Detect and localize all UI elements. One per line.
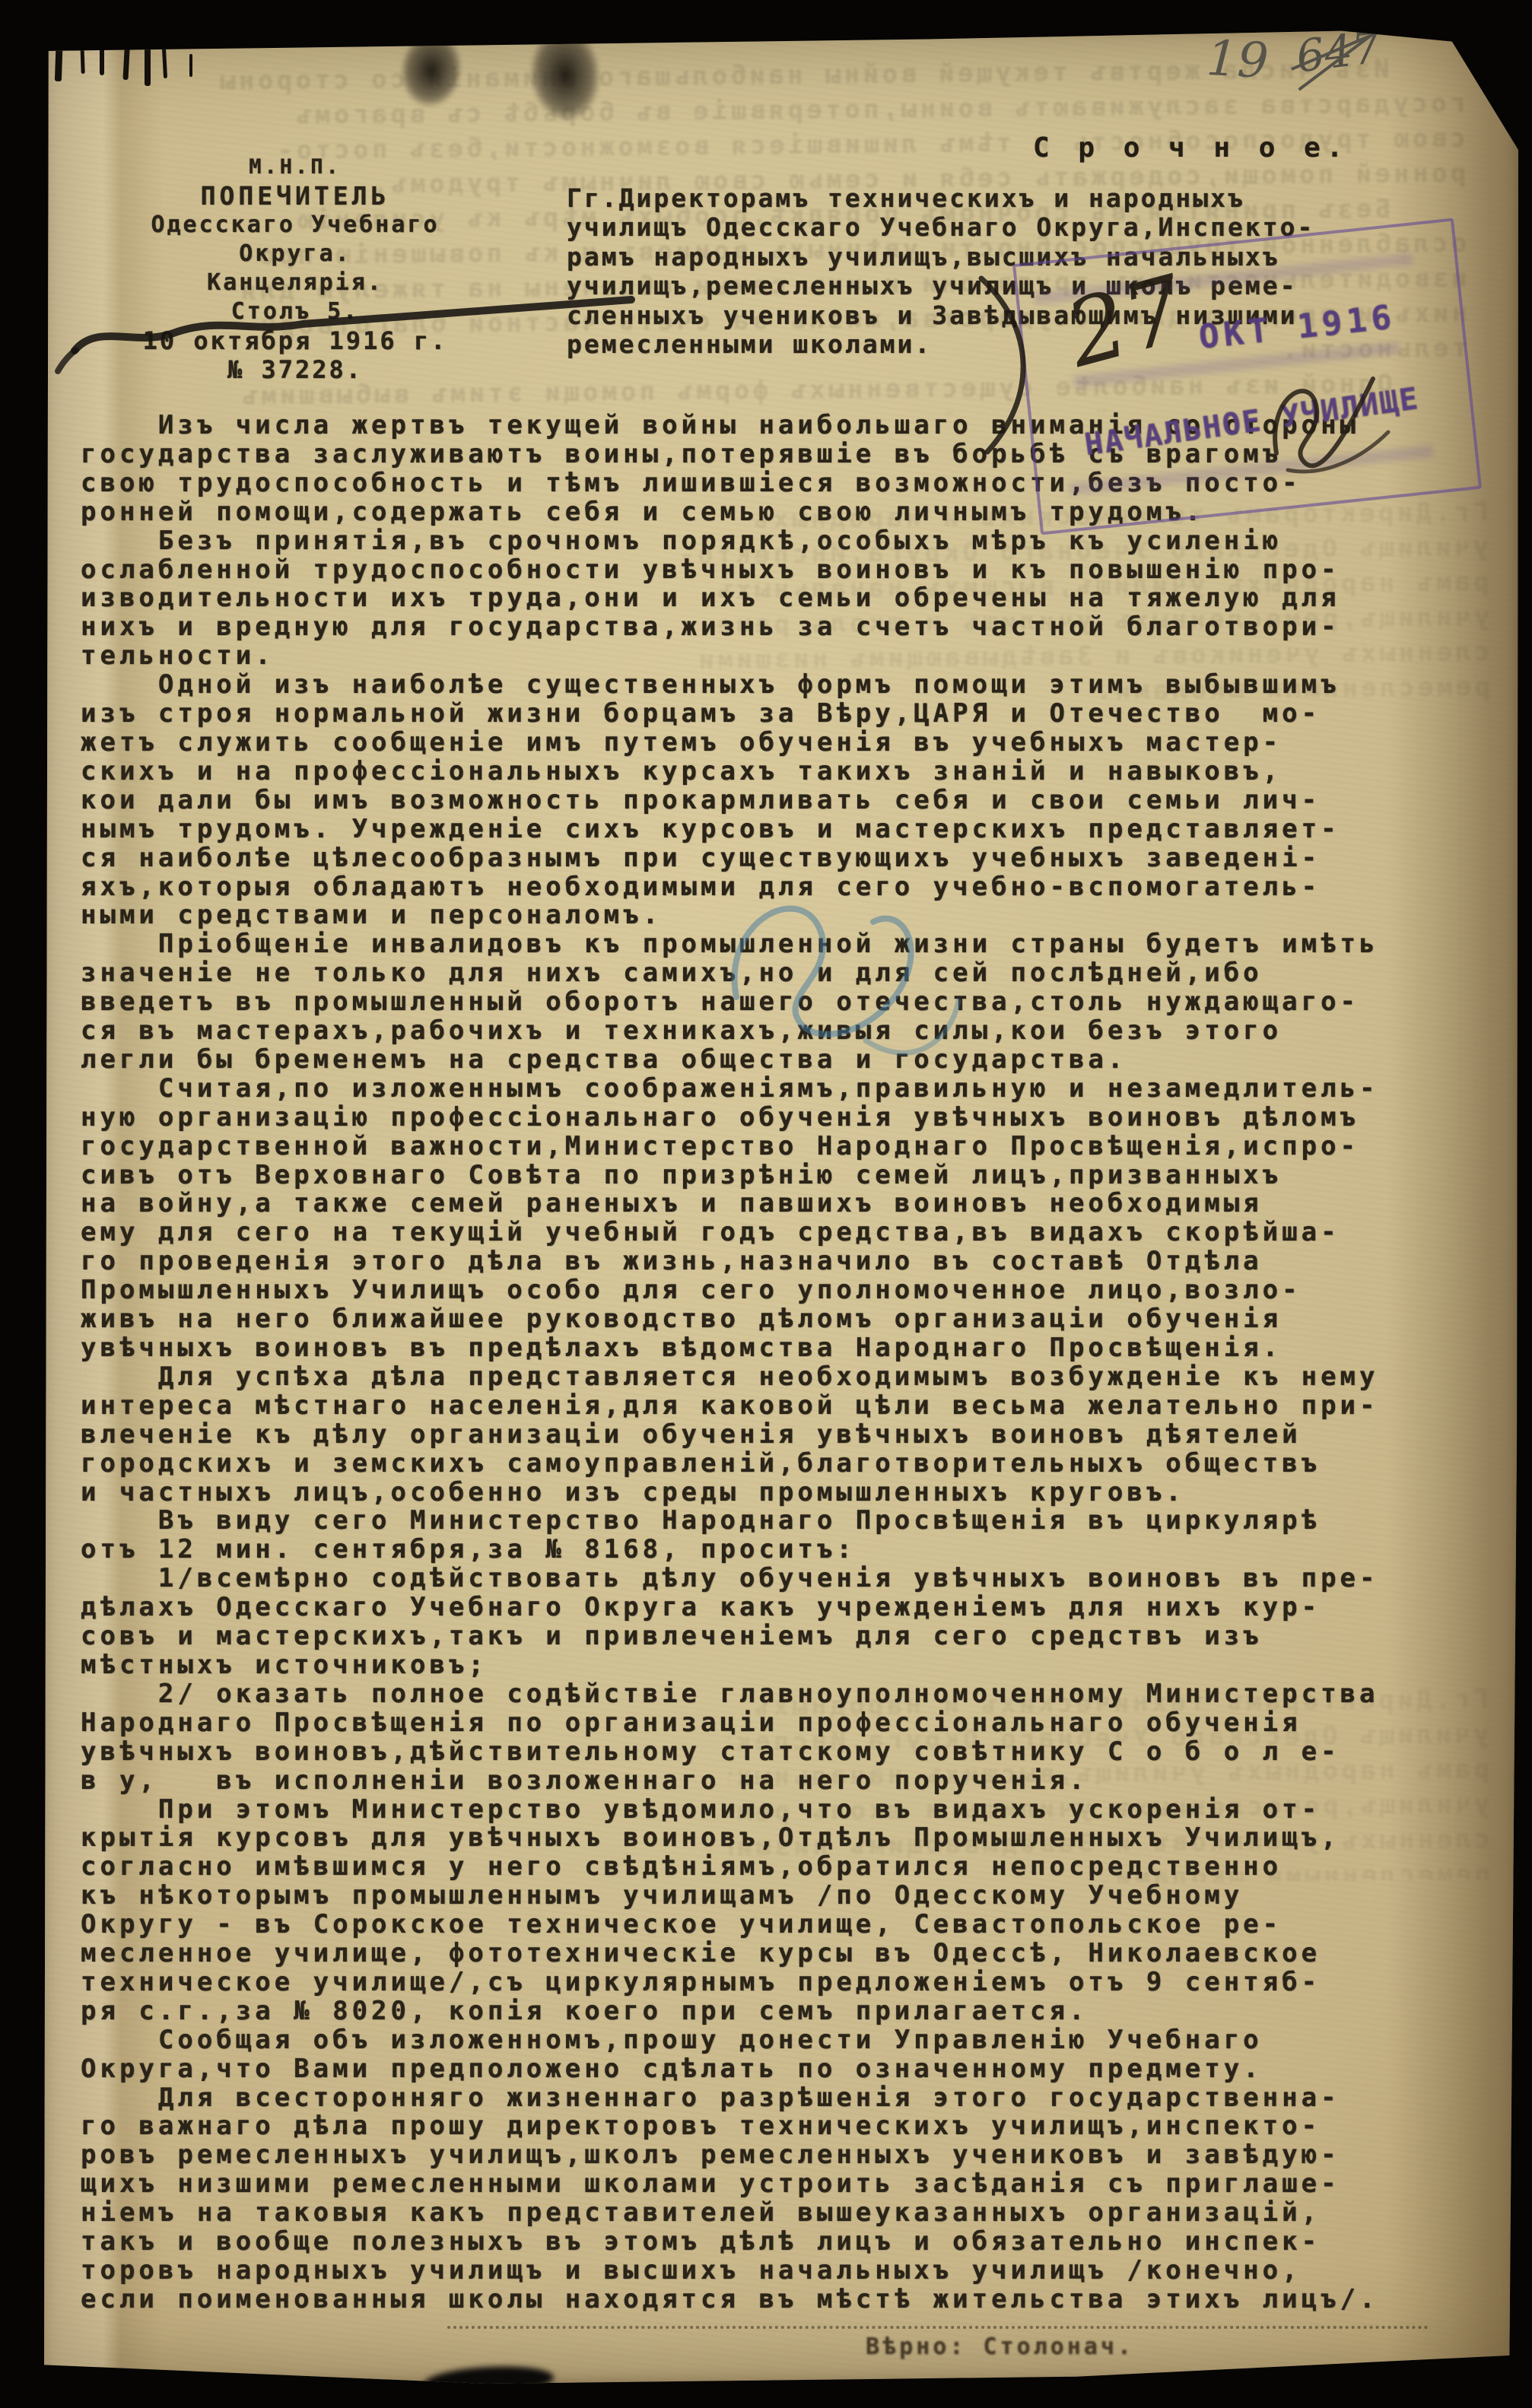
scanned-document-photo: { "page": { "scan_number": "19", "crosse… xyxy=(0,0,1532,2408)
body-line: Округу - въ Сорокское техническое училищ… xyxy=(81,1911,1495,1939)
body-line: мѣстныхъ источниковъ; xyxy=(81,1651,1495,1680)
body-line: 2/ оказать полное содѣйствіе главноуполн… xyxy=(81,1680,1495,1709)
body-line: го проведенія этого дѣла въ жизнь,назнач… xyxy=(81,1247,1495,1276)
body-line: влеченіе къ дѣлу организаціи обученія ув… xyxy=(81,1421,1495,1450)
body-line: совъ и мастерскихъ,такъ и привлеченіемъ … xyxy=(81,1622,1495,1651)
body-line: ную организацію профессіональнаго обучен… xyxy=(81,1104,1495,1133)
body-line: Народнаго Просвѣщенія по организаціи про… xyxy=(81,1709,1495,1738)
body-line: интереса мѣстнаго населенія,для каковой … xyxy=(81,1392,1495,1421)
document-page: Изъ числа жертвъ текущей войны наибольша… xyxy=(44,27,1518,2384)
body-line: Безъ принятія,въ срочномъ порядкѣ,особых… xyxy=(81,527,1495,556)
body-line: При этомъ Министерство увѣдомило,что въ … xyxy=(81,1796,1495,1825)
body-line: торовъ народныхъ училищъ и высшихъ начал… xyxy=(81,2257,1495,2286)
body-line: ему для сего на текущій учебный годъ сре… xyxy=(81,1218,1495,1247)
body-line: Сообщая объ изложенномъ,прошу донести Уп… xyxy=(81,2026,1495,2055)
body-line: скихъ и на профессіональныхъ курсахъ так… xyxy=(81,758,1495,786)
ink-smudge-bottom xyxy=(424,2364,555,2398)
body-line: Для успѣха дѣла представляется необходим… xyxy=(81,1363,1495,1392)
body-line: Считая,по изложеннымъ соображеніямъ,прав… xyxy=(81,1075,1495,1104)
body-line: нихъ и вредную для государства,жизнь за … xyxy=(81,613,1495,642)
body-line: кои дали бы имъ возможность прокармливат… xyxy=(81,786,1495,815)
body-line: на войну,а также семей раненыхъ и павших… xyxy=(81,1190,1495,1218)
body-line: тельности. xyxy=(81,642,1495,671)
body-line: дѣлахъ Одесскаго Учебнаго Округа какъ уч… xyxy=(81,1593,1495,1622)
letterhead-line: Столъ 5. xyxy=(59,297,531,326)
letterhead-line: М.Н.П. xyxy=(59,153,531,182)
body-line: къ нѣкоторымъ промышленнымъ училищамъ /п… xyxy=(81,1882,1495,1911)
body-line: ными средствами и персоналомъ. xyxy=(81,901,1495,930)
body-line: изводительности ихъ труда,они и ихъ семь… xyxy=(81,584,1495,613)
body-line: крытія курсовъ для увѣчныхъ воиновъ,Отдѣ… xyxy=(81,1824,1495,1853)
letterhead-line: 10 октября 1916 г. xyxy=(59,326,531,355)
body-line: техническое училище/,съ циркулярнымъ пре… xyxy=(81,1968,1495,1997)
addressee-line: Гг.Директорамъ техническихъ и народныхъ xyxy=(567,184,1358,213)
document-body-text: Изъ числа жертвъ текущей войны наибольша… xyxy=(81,411,1495,2314)
body-line: жетъ служить сообщеніе имъ путемъ обучен… xyxy=(81,729,1495,758)
receiving-stamp: 27 ОКТ 1916 НАЧАЛЬНОЕ УЧИЛИЩЕ xyxy=(1012,218,1482,535)
letterhead-line: ПОПЕЧИТЕЛЬ xyxy=(59,182,531,211)
body-line: месленное училище, фототехническіе курсы… xyxy=(81,1939,1495,1968)
urgency-label: С р о ч н о е. xyxy=(1033,132,1349,164)
body-line: государственной важности,Министерство На… xyxy=(81,1133,1495,1161)
letterhead-line: Канцелярія. xyxy=(59,268,531,297)
addressee-line: училищъ Одесскаго Учебнаго Округа,Инспек… xyxy=(567,213,1358,242)
body-line: Пріобщеніе инвалидовъ къ промышленной жи… xyxy=(81,930,1495,959)
body-line: щихъ низшими ремесленными школами устрои… xyxy=(81,2170,1495,2199)
body-line: ся наиболѣе цѣлесообразнымъ при существу… xyxy=(81,844,1495,873)
body-line: Округа,что Вами предположено сдѣлать по … xyxy=(81,2055,1495,2084)
body-line: увѣчныхъ воиновъ,дѣйствительному статско… xyxy=(81,1738,1495,1767)
body-line: нымъ трудомъ. Учрежденіе сихъ курсовъ и … xyxy=(81,815,1495,844)
body-line: в у, въ исполненіи возложеннаго на него … xyxy=(81,1767,1495,1796)
body-line: сивъ отъ Верховнаго Совѣта по призрѣнію … xyxy=(81,1161,1495,1190)
handwritten-page-number: 19 xyxy=(1205,30,1270,90)
body-line: городскихъ и земскихъ самоуправленій,бла… xyxy=(81,1450,1495,1479)
body-line: увѣчныхъ воиновъ въ предѣлахъ вѣдомства … xyxy=(81,1334,1495,1363)
body-line: живъ на него ближайшее руководство дѣлом… xyxy=(81,1305,1495,1334)
body-line: изъ строя нормальной жизни борцамъ за Вѣ… xyxy=(81,700,1495,729)
body-line: ніемъ на таковыя какъ представителей выш… xyxy=(81,2199,1495,2228)
letterhead-line: Одесскаго Учебнаго xyxy=(59,211,531,240)
body-line: 1/всемѣрно содѣйствовать дѣлу обученія у… xyxy=(81,1565,1495,1593)
body-line: легли бы бременемъ на средства общества … xyxy=(81,1046,1495,1075)
body-line: Промышленныхъ Училищъ особо для сего упо… xyxy=(81,1276,1495,1305)
body-line: введетъ въ промышленный оборотъ нашего о… xyxy=(81,988,1495,1017)
handwritten-crossed-number: 647 xyxy=(1293,21,1383,83)
body-line: ся въ мастерахъ,рабочихъ и техникахъ,жив… xyxy=(81,1017,1495,1046)
certification-ghost-note: Вѣрно: Столонач. xyxy=(866,2333,1134,2360)
body-line: Въ виду сего Министерство Народнаго Прос… xyxy=(81,1507,1495,1536)
body-line: Для всесторонняго жизненнаго разрѣшенія … xyxy=(81,2084,1495,2113)
body-line: отъ 12 мин. сентября,за № 8168, проситъ: xyxy=(81,1536,1495,1565)
body-line: ря с.г.,за № 8020, копія коего при семъ … xyxy=(81,1997,1495,2026)
letterhead-line: Округа. xyxy=(59,240,531,268)
body-line: Одной изъ наиболѣе существенныхъ формъ п… xyxy=(81,671,1495,700)
body-line: го важнаго дѣла прошу директоровъ технич… xyxy=(81,2112,1495,2141)
body-line: согласно имѣвшимся у него свѣдѣніямъ,обр… xyxy=(81,1853,1495,1882)
ink-tally-marks xyxy=(56,31,192,86)
body-line: и частныхъ лицъ,особенно изъ среды промы… xyxy=(81,1479,1495,1507)
body-line: ослабленной трудоспособности увѣчныхъ во… xyxy=(81,556,1495,585)
body-line: если поименованныя школы находятся въ мѣ… xyxy=(81,2286,1495,2314)
letterhead-block: М.Н.П.ПОПЕЧИТЕЛЬОдесскаго УчебнагоОкруга… xyxy=(59,153,531,384)
body-line: ровъ ремесленныхъ училищъ,школъ ремеслен… xyxy=(81,2141,1495,2170)
letterhead-line: № 37228. xyxy=(59,355,531,384)
typed-dash-rule xyxy=(447,2326,1429,2329)
body-line: такъ и вообще полезныхъ въ этомъ дѣлѣ ли… xyxy=(81,2228,1495,2257)
body-line: яхъ,которыя обладаютъ необходимыми для с… xyxy=(81,873,1495,902)
body-line: значеніе не только для нихъ самихъ,но и … xyxy=(81,959,1495,988)
